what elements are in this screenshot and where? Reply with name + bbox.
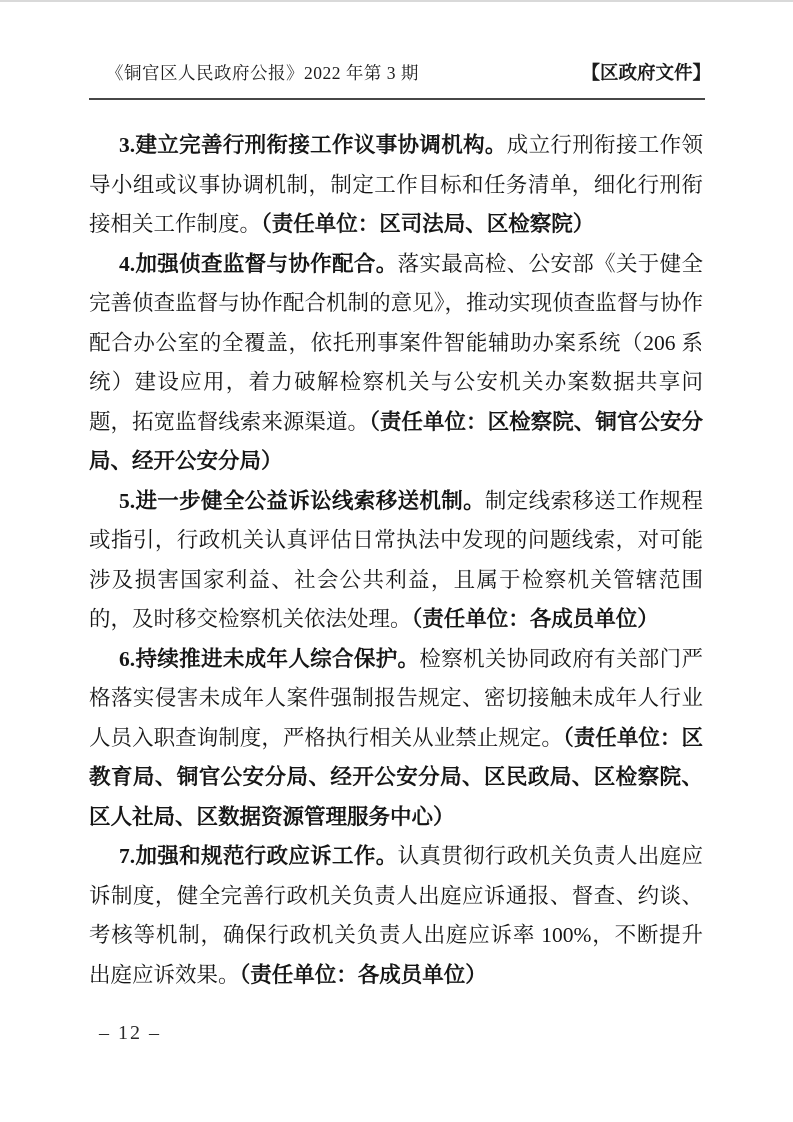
document-body: 3.建立完善行刑衔接工作议事协调机构。成立行刑衔接工作领导小组或议事协调机制，制… [89, 126, 703, 995]
paragraph-heading: 加强和规范行政应诉工作。 [135, 844, 397, 868]
document-category-label: 【区政府文件】 [581, 59, 711, 85]
header-divider [89, 98, 705, 100]
paragraph-item-5: 5.进一步健全公益诉讼线索移送机制。制定线索移送工作规程或指引，行政机关认真评估… [89, 482, 703, 640]
paragraph-heading: 加强侦查监督与协作配合。 [135, 252, 397, 276]
paragraph-number: 6. [119, 647, 135, 671]
paragraph-heading: 持续推进未成年人综合保护。 [135, 647, 419, 671]
paragraph-item-7: 7.加强和规范行政应诉工作。认真贯彻行政机关负责人出庭应诉制度，健全完善行政机关… [89, 837, 703, 995]
page-number: – 12 – [99, 1022, 161, 1044]
paragraph-item-3: 3.建立完善行刑衔接工作议事协调机构。成立行刑衔接工作领导小组或议事协调机制，制… [89, 126, 703, 245]
page-header: 《铜官区人民政府公报》2022 年第 3 期 【区政府文件】 [89, 59, 711, 85]
paragraph-number: 5. [119, 489, 135, 513]
paragraph-number: 4. [119, 252, 135, 276]
responsibility-note: （责任单位：区司法局、区检察院） [261, 212, 594, 236]
paragraph-item-6: 6.持续推进未成年人综合保护。检察机关协同政府有关部门严格落实侵害未成年人案件强… [89, 640, 703, 838]
responsibility-note: （责任单位：各成员单位） [240, 963, 487, 987]
document-page: 《铜官区人民政府公报》2022 年第 3 期 【区政府文件】 3.建立完善行刑衔… [0, 0, 793, 1122]
responsibility-note: （责任单位：各成员单位） [412, 607, 659, 631]
paragraph-heading: 建立完善行刑衔接工作议事协调机构。 [135, 133, 507, 157]
gazette-title: 《铜官区人民政府公报》2022 年第 3 期 [89, 60, 419, 85]
paragraph-number: 7. [119, 844, 135, 868]
paragraph-heading: 进一步健全公益诉讼线索移送机制。 [135, 489, 485, 513]
paragraph-number: 3. [119, 133, 135, 157]
paragraph-item-4: 4.加强侦查监督与协作配合。落实最高检、公安部《关于健全完善侦查监督与协作配合机… [89, 245, 703, 482]
page-footer: – 12 – [99, 1022, 161, 1045]
paragraph-text: 落实最高检、公安部《关于健全完善侦查监督与协作配合机制的意见》，推动实现侦查监督… [89, 252, 703, 434]
